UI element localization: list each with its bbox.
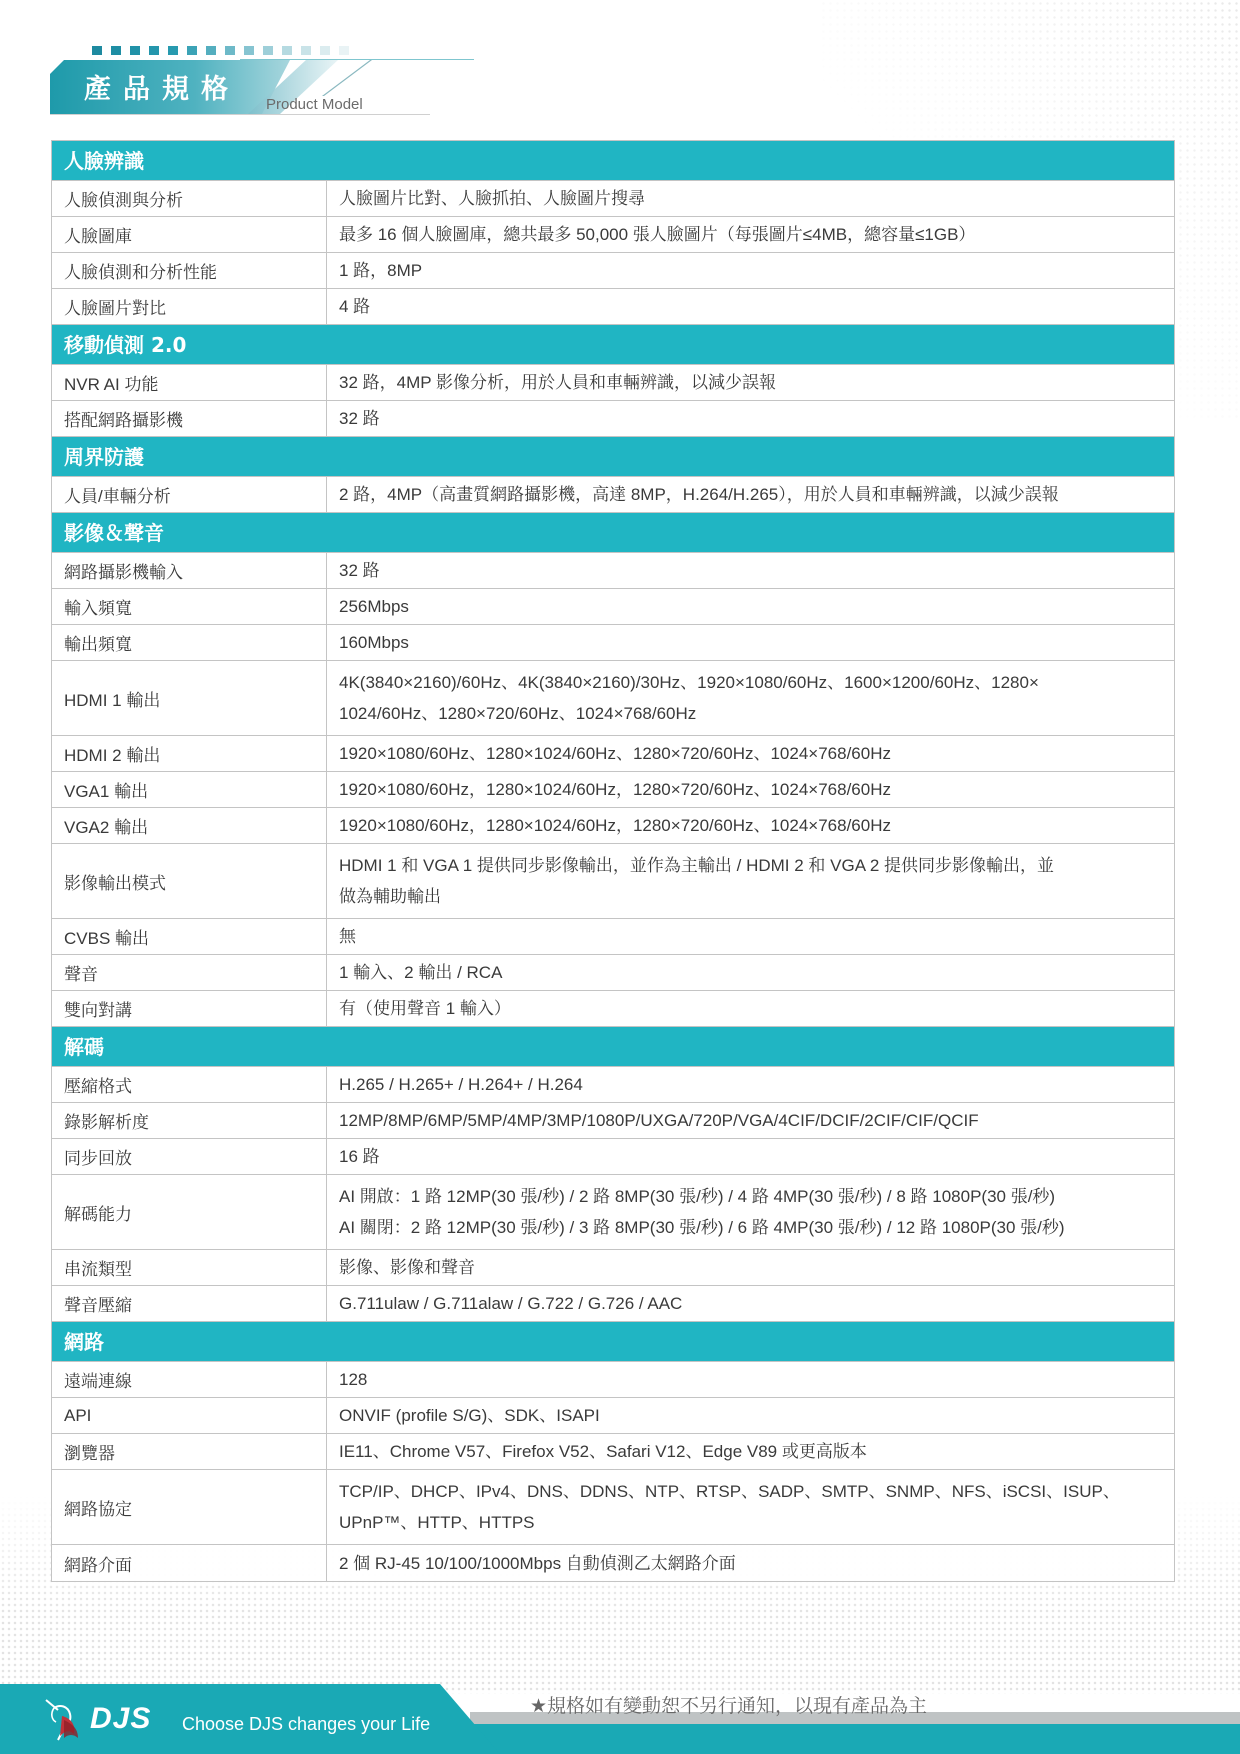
- spec-value-line: AI 開啟：1 路 12MP(30 張/秒) / 2 路 8MP(30 張/秒)…: [339, 1181, 1162, 1212]
- spec-label: HDMI 2 輸出: [52, 736, 327, 771]
- spec-value-line: 4 路: [339, 291, 1162, 322]
- spec-value: 無: [327, 919, 1174, 954]
- spec-value-line: IE11、Chrome V57、Firefox V52、Safari V12、E…: [339, 1436, 1162, 1467]
- decorative-squares: [92, 46, 349, 55]
- spec-value: 4 路: [327, 289, 1174, 324]
- spec-row: 搭配網路攝影機32 路: [52, 401, 1174, 437]
- header-top-line: [240, 59, 474, 60]
- page-header: 產品規格 Product Model: [50, 44, 430, 116]
- spec-value: 32 路: [327, 553, 1174, 588]
- spec-row: 聲音1 輸入、2 輸出 / RCA: [52, 955, 1174, 991]
- spec-value: 最多 16 個人臉圖庫，總共最多 50,000 張人臉圖片（每張圖片≤4MB，總…: [327, 217, 1174, 252]
- spec-value-line: 1920×1080/60Hz，1280×1024/60Hz，1280×720/6…: [339, 810, 1162, 841]
- decorative-square: [339, 46, 349, 55]
- spec-value-line: 16 路: [339, 1141, 1162, 1172]
- spec-label: 錄影解析度: [52, 1103, 327, 1138]
- decorative-square: [111, 46, 121, 55]
- spec-label: 聲音壓縮: [52, 1286, 327, 1321]
- spec-value-line: 12MP/8MP/6MP/5MP/4MP/3MP/1080P/UXGA/720P…: [339, 1105, 1162, 1136]
- spec-label: 解碼能力: [52, 1175, 327, 1249]
- spec-label: 輸入頻寬: [52, 589, 327, 624]
- spec-value-line: G.711ulaw / G.711alaw / G.722 / G.726 / …: [339, 1288, 1162, 1319]
- spec-label: 人臉圖片對比: [52, 289, 327, 324]
- spec-value: 1 輸入、2 輸出 / RCA: [327, 955, 1174, 990]
- spec-row: 聲音壓縮G.711ulaw / G.711alaw / G.722 / G.72…: [52, 1286, 1174, 1322]
- spec-value-line: H.265 / H.265+ / H.264+ / H.264: [339, 1069, 1162, 1100]
- spec-label: CVBS 輸出: [52, 919, 327, 954]
- spec-row: 網路攝影機輸入32 路: [52, 553, 1174, 589]
- decorative-square: [320, 46, 330, 55]
- spec-value-line: 最多 16 個人臉圖庫，總共最多 50,000 張人臉圖片（每張圖片≤4MB，總…: [339, 219, 1162, 250]
- spec-label: 串流類型: [52, 1250, 327, 1285]
- spec-value-line: 1 輸入、2 輸出 / RCA: [339, 957, 1162, 988]
- decorative-square: [130, 46, 140, 55]
- section-header: 網路: [52, 1322, 1174, 1362]
- spec-label: 網路協定: [52, 1470, 327, 1544]
- decorative-square: [244, 46, 254, 55]
- spec-value-line: 無: [339, 921, 1162, 952]
- decorative-square: [225, 46, 235, 55]
- spec-label: 搭配網路攝影機: [52, 401, 327, 436]
- spec-value: G.711ulaw / G.711alaw / G.722 / G.726 / …: [327, 1286, 1174, 1321]
- spec-row: VGA2 輸出1920×1080/60Hz，1280×1024/60Hz，128…: [52, 808, 1174, 844]
- spec-value: HDMI 1 和 VGA 1 提供同步影像輸出，並作為主輸出 / HDMI 2 …: [327, 844, 1174, 918]
- section-header: 移動偵測 2.0: [52, 325, 1174, 365]
- decorative-square: [301, 46, 311, 55]
- spec-label: API: [52, 1398, 327, 1433]
- spec-row: 解碼能力AI 開啟：1 路 12MP(30 張/秒) / 2 路 8MP(30 …: [52, 1175, 1174, 1250]
- spec-row: 網路協定TCP/IP、DHCP、IPv4、DNS、DDNS、NTP、RTSP、S…: [52, 1470, 1174, 1545]
- spec-value: 32 路，4MP 影像分析，用於人員和車輛辨識，以減少誤報: [327, 365, 1174, 400]
- brand-logo: DJS: [40, 1696, 151, 1742]
- spec-label: 人臉偵測與分析: [52, 181, 327, 216]
- spec-value-line: 128: [339, 1364, 1162, 1395]
- spec-value: H.265 / H.265+ / H.264+ / H.264: [327, 1067, 1174, 1102]
- spec-label: 雙向對講: [52, 991, 327, 1026]
- decorative-square: [149, 46, 159, 55]
- header-underline: [50, 114, 430, 115]
- spec-label: 壓縮格式: [52, 1067, 327, 1102]
- decorative-square: [92, 46, 102, 55]
- spec-value-line: 32 路: [339, 555, 1162, 586]
- spec-value: 128: [327, 1362, 1174, 1397]
- decorative-square: [282, 46, 292, 55]
- page-subtitle: Product Model: [266, 96, 363, 113]
- spec-value-line: 1920×1080/60Hz、1280×1024/60Hz、1280×720/6…: [339, 738, 1162, 769]
- spec-label: 瀏覽器: [52, 1434, 327, 1469]
- spec-label: 人臉圖庫: [52, 217, 327, 252]
- decorative-square: [263, 46, 273, 55]
- spec-value-line: 1 路，8MP: [339, 255, 1162, 286]
- spec-value: 256Mbps: [327, 589, 1174, 624]
- spec-value-line: 做為輔助輸出: [339, 881, 1162, 912]
- spec-label: NVR AI 功能: [52, 365, 327, 400]
- spec-row: 人員/車輛分析2 路，4MP（高畫質網路攝影機，高達 8MP，H.264/H.2…: [52, 477, 1174, 513]
- spec-value: ONVIF (profile S/G)、SDK、ISAPI: [327, 1398, 1174, 1433]
- spec-value-line: 2 個 RJ-45 10/100/1000Mbps 自動偵測乙太網路介面: [339, 1548, 1162, 1579]
- spec-label: 網路介面: [52, 1545, 327, 1581]
- spec-value: 1920×1080/60Hz，1280×1024/60Hz，1280×720/6…: [327, 772, 1174, 807]
- spec-value-line: 人臉圖片比對、人臉抓拍、人臉圖片搜尋: [339, 183, 1162, 214]
- spec-row: HDMI 2 輸出1920×1080/60Hz、1280×1024/60Hz、1…: [52, 736, 1174, 772]
- spec-value: 16 路: [327, 1139, 1174, 1174]
- section-header: 周界防護: [52, 437, 1174, 477]
- spec-value: 1 路，8MP: [327, 253, 1174, 288]
- spec-row: 串流類型影像、影像和聲音: [52, 1250, 1174, 1286]
- spec-value: 有（使用聲音 1 輸入）: [327, 991, 1174, 1026]
- spec-value: 12MP/8MP/6MP/5MP/4MP/3MP/1080P/UXGA/720P…: [327, 1103, 1174, 1138]
- spec-row: 遠端連線128: [52, 1362, 1174, 1398]
- spec-value: AI 開啟：1 路 12MP(30 張/秒) / 2 路 8MP(30 張/秒)…: [327, 1175, 1174, 1249]
- unicorn-icon: [40, 1696, 84, 1742]
- spec-value-line: HDMI 1 和 VGA 1 提供同步影像輸出，並作為主輸出 / HDMI 2 …: [339, 850, 1162, 881]
- spec-row: 雙向對講有（使用聲音 1 輸入）: [52, 991, 1174, 1027]
- spec-value: 32 路: [327, 401, 1174, 436]
- spec-value-line: AI 關閉：2 路 12MP(30 張/秒) / 3 路 8MP(30 張/秒)…: [339, 1212, 1162, 1243]
- spec-value: TCP/IP、DHCP、IPv4、DNS、DDNS、NTP、RTSP、SADP、…: [327, 1470, 1174, 1544]
- spec-row: 網路介面2 個 RJ-45 10/100/1000Mbps 自動偵測乙太網路介面: [52, 1545, 1174, 1581]
- spec-value: 1920×1080/60Hz，1280×1024/60Hz，1280×720/6…: [327, 808, 1174, 843]
- spec-value-line: 32 路，4MP 影像分析，用於人員和車輛辨識，以減少誤報: [339, 367, 1162, 398]
- page-title: 產品規格: [84, 67, 240, 106]
- spec-disclaimer: ★規格如有變動恕不另行通知，以現有產品為主: [530, 1691, 927, 1718]
- spec-value: 人臉圖片比對、人臉抓拍、人臉圖片搜尋: [327, 181, 1174, 216]
- brand-slogan: Choose DJS changes your Life: [182, 1714, 430, 1735]
- spec-row: 人臉偵測和分析性能1 路，8MP: [52, 253, 1174, 289]
- spec-row: 輸出頻寬160Mbps: [52, 625, 1174, 661]
- spec-row: 錄影解析度12MP/8MP/6MP/5MP/4MP/3MP/1080P/UXGA…: [52, 1103, 1174, 1139]
- spec-value-line: 1920×1080/60Hz，1280×1024/60Hz，1280×720/6…: [339, 774, 1162, 805]
- spec-table: 人臉辨識人臉偵測與分析人臉圖片比對、人臉抓拍、人臉圖片搜尋人臉圖庫最多 16 個…: [51, 140, 1175, 1582]
- spec-value: 4K(3840×2160)/60Hz、4K(3840×2160)/30Hz、19…: [327, 661, 1174, 735]
- spec-value-line: 32 路: [339, 403, 1162, 434]
- spec-row: HDMI 1 輸出4K(3840×2160)/60Hz、4K(3840×2160…: [52, 661, 1174, 736]
- spec-value: 2 個 RJ-45 10/100/1000Mbps 自動偵測乙太網路介面: [327, 1545, 1174, 1581]
- spec-value-line: ONVIF (profile S/G)、SDK、ISAPI: [339, 1400, 1162, 1431]
- spec-label: 人臉偵測和分析性能: [52, 253, 327, 288]
- spec-label: 同步回放: [52, 1139, 327, 1174]
- spec-row: VGA1 輸出1920×1080/60Hz，1280×1024/60Hz，128…: [52, 772, 1174, 808]
- spec-value-line: 256Mbps: [339, 591, 1162, 622]
- spec-row: 影像輸出模式HDMI 1 和 VGA 1 提供同步影像輸出，並作為主輸出 / H…: [52, 844, 1174, 919]
- spec-label: HDMI 1 輸出: [52, 661, 327, 735]
- spec-value: IE11、Chrome V57、Firefox V52、Safari V12、E…: [327, 1434, 1174, 1469]
- decorative-square: [206, 46, 216, 55]
- spec-row: 人臉圖庫最多 16 個人臉圖庫，總共最多 50,000 張人臉圖片（每張圖片≤4…: [52, 217, 1174, 253]
- spec-label: VGA2 輸出: [52, 808, 327, 843]
- spec-row: 人臉圖片對比4 路: [52, 289, 1174, 325]
- spec-value-line: 有（使用聲音 1 輸入）: [339, 993, 1162, 1024]
- decorative-square: [187, 46, 197, 55]
- spec-value: 1920×1080/60Hz、1280×1024/60Hz、1280×720/6…: [327, 736, 1174, 771]
- spec-label: 網路攝影機輸入: [52, 553, 327, 588]
- spec-value: 160Mbps: [327, 625, 1174, 660]
- spec-row: 輸入頻寬256Mbps: [52, 589, 1174, 625]
- decorative-square: [168, 46, 178, 55]
- spec-row: 人臉偵測與分析人臉圖片比對、人臉抓拍、人臉圖片搜尋: [52, 181, 1174, 217]
- brand-name: DJS: [90, 1702, 151, 1736]
- spec-row: 瀏覽器IE11、Chrome V57、Firefox V52、Safari V1…: [52, 1434, 1174, 1470]
- spec-label: 人員/車輛分析: [52, 477, 327, 512]
- spec-value: 2 路，4MP（高畫質網路攝影機，高達 8MP，H.264/H.265），用於人…: [327, 477, 1174, 512]
- spec-value-line: UPnP™、HTTP、HTTPS: [339, 1507, 1162, 1538]
- spec-row: 壓縮格式H.265 / H.265+ / H.264+ / H.264: [52, 1067, 1174, 1103]
- section-header: 影像＆聲音: [52, 513, 1174, 553]
- spec-value-line: 影像、影像和聲音: [339, 1252, 1162, 1283]
- spec-value-line: TCP/IP、DHCP、IPv4、DNS、DDNS、NTP、RTSP、SADP、…: [339, 1476, 1162, 1507]
- spec-label: 聲音: [52, 955, 327, 990]
- spec-row: NVR AI 功能32 路，4MP 影像分析，用於人員和車輛辨識，以減少誤報: [52, 365, 1174, 401]
- section-header: 人臉辨識: [52, 141, 1174, 181]
- spec-row: 同步回放16 路: [52, 1139, 1174, 1175]
- spec-row: CVBS 輸出無: [52, 919, 1174, 955]
- spec-value: 影像、影像和聲音: [327, 1250, 1174, 1285]
- spec-value-line: 1024/60Hz、1280×720/60Hz、1024×768/60Hz: [339, 698, 1162, 729]
- spec-row: APIONVIF (profile S/G)、SDK、ISAPI: [52, 1398, 1174, 1434]
- spec-value-line: 2 路，4MP（高畫質網路攝影機，高達 8MP，H.264/H.265），用於人…: [339, 479, 1162, 510]
- spec-label: VGA1 輸出: [52, 772, 327, 807]
- spec-value-line: 4K(3840×2160)/60Hz、4K(3840×2160)/30Hz、19…: [339, 667, 1162, 698]
- spec-value-line: 160Mbps: [339, 627, 1162, 658]
- section-header: 解碼: [52, 1027, 1174, 1067]
- spec-label: 遠端連線: [52, 1362, 327, 1397]
- spec-label: 影像輸出模式: [52, 844, 327, 918]
- spec-label: 輸出頻寬: [52, 625, 327, 660]
